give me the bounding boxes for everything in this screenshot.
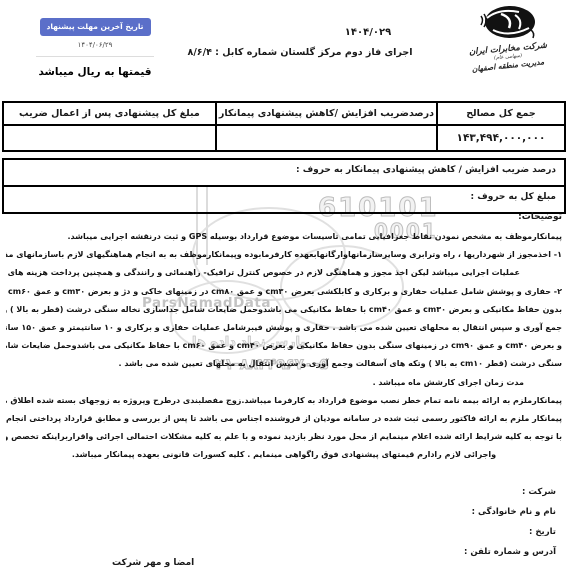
currency-note: قیمتها به ریال میباشد (34, 66, 156, 78)
cell-percent-coefficient[interactable] (216, 125, 437, 151)
note-line: مدت زمان اجرای کارشش ماه میباشد . (6, 374, 562, 392)
tci-logo-icon (462, 4, 554, 42)
header-total-materials: جمع کل مصالح (437, 102, 565, 125)
note-line: جمع آوری و سپس انتقال به محلهای تعیین شد… (6, 319, 562, 337)
total-in-words-field[interactable]: مبلغ کل به حروف : (2, 185, 566, 214)
note-line: با توجه به کلیه شرایط ارائه شده اعلام می… (6, 428, 562, 446)
header-total-after-coefficient: مبلغ کل پیشنهادی پس از اعمال ضریب (3, 102, 216, 125)
table-value-row: ۱۴۳,۴۹۴,۰۰۰,۰۰۰ (3, 125, 565, 151)
company-logo: شرکت مخابرات ایران (سهامی عام) مدیریت من… (462, 4, 554, 70)
table-header-row: جمع کل مصالح درصدضریب افزایش /کاهش پیشنه… (3, 102, 565, 125)
field-full-name[interactable]: نام و نام خانوادگی : (464, 502, 556, 522)
note-line: پیمانکارموظف به مشخص نمودن نقاط جغرافیای… (6, 228, 562, 246)
note-line: و بعرض cm۴۰ و عمق cm۹۰ در زمینهای سنگی ب… (6, 337, 562, 355)
note-line: عملیات اجرایی میباشد لیکن اخذ مجوز و هما… (6, 264, 562, 282)
note-line: پیمانکار ملزم به ارائه فاکتور رسمی ثبت ش… (6, 410, 562, 428)
cell-total-materials: ۱۴۳,۴۹۴,۰۰۰,۰۰۰ (437, 125, 565, 151)
signature-stamp-label: امضا و مهر شرکت (112, 558, 194, 568)
header-percent-coefficient: درصدضریب افزایش /کاهش پیشنهادی پیمانکار (216, 102, 437, 125)
note-line: سنگی درشت (قطر cm۱۰ به بالا ) وتکه های آ… (6, 355, 562, 373)
note-line: پیمانکارملزم به ارائه بیمه نامه تمام خطر… (6, 392, 562, 410)
totals-table-wrap: جمع کل مصالح درصدضریب افزایش /کاهش پیشنه… (2, 101, 566, 214)
cell-total-after-coefficient[interactable] (3, 125, 216, 151)
totals-table: جمع کل مصالح درصدضریب افزایش /کاهش پیشنه… (2, 101, 566, 152)
field-address-phone[interactable]: آدرس و شماره تلفن : (464, 542, 556, 562)
note-line: ۲- حفاری و پوشش شامل عملیات حفاری و برکا… (6, 283, 562, 301)
percent-in-words-field[interactable]: درصد ضریب افزایش / کاهش پیشنهادی پیمانکا… (2, 158, 566, 187)
field-date[interactable]: تاریخ : (464, 522, 556, 542)
note-line: ۱- اخذمجوز از شهرداریها ، راه وترابری وس… (6, 246, 562, 264)
notes-heading: توضیحات: (6, 212, 562, 222)
note-line: واجرائی لازم رادارم قیمتهای پیشنهادی فوق… (6, 446, 562, 464)
note-line: بدون حفاظ مکانیکی و بعرض cm۳۰ و عمق cm۴۰… (6, 301, 562, 319)
signature-fields: شرکت : نام و نام خانوادگی : تاریخ : آدرس… (464, 482, 556, 562)
notes-section: توضیحات: پیمانکارموظف به مشخص نمودن نقاط… (6, 212, 562, 465)
field-company[interactable]: شرکت : (464, 482, 556, 502)
